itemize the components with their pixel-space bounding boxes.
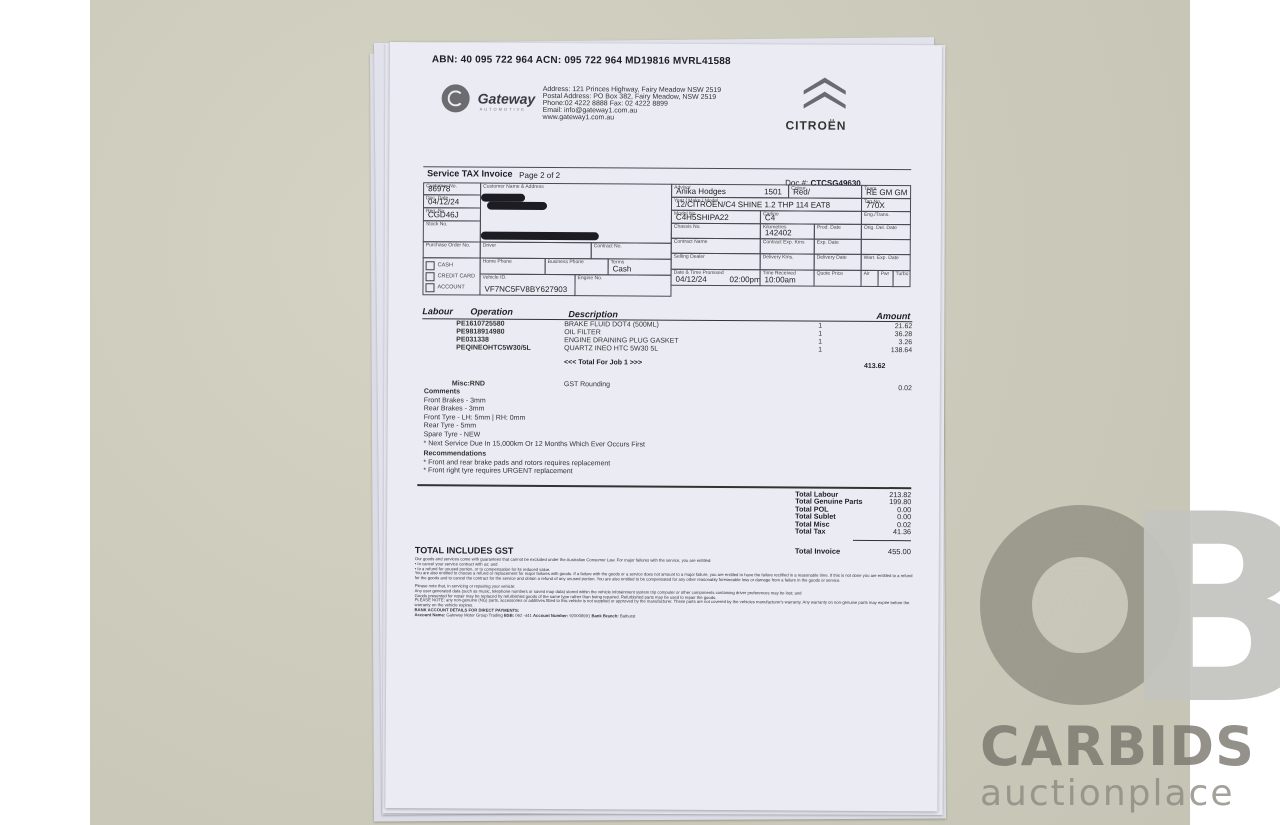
dealer-name: Gateway <box>478 91 536 107</box>
gateway-logo-icon <box>442 84 470 112</box>
labour-heading: Labour <box>422 306 453 316</box>
job-total-value: 413.62 <box>864 363 885 371</box>
invoice-header-box: Service TAX Invoice Page 2 of 2 Doc #: C… <box>422 166 911 303</box>
description-heading: Description <box>568 309 618 319</box>
watermark-brand: CARBIDS <box>980 715 1255 778</box>
vehicle-id-cell: Vehicle ID.VF7NC5FV8BY627903 <box>479 274 575 297</box>
watermark-b-letter: B <box>1120 511 1280 711</box>
dealer-address: Address: 121 Princes Highway, Fairy Mead… <box>543 86 722 122</box>
customer-name-address-cell: Customer Name & Address <box>480 183 672 244</box>
redaction-bar <box>487 202 547 210</box>
cash-checkbox[interactable] <box>426 261 435 270</box>
totals-divider <box>417 484 911 489</box>
credit-card-checkbox[interactable] <box>426 272 435 281</box>
quote-price-cell: Quote Price <box>814 270 862 287</box>
delivery-kms-cell: Delivery Kms. <box>760 253 815 270</box>
citroen-chevron-logo-icon <box>800 75 850 111</box>
brand-name: CITROËN <box>785 118 846 132</box>
totals-labels: Total Labour Total Genuine Parts Total P… <box>795 490 863 535</box>
exp-date-cell: Exp. Date <box>814 239 862 255</box>
amount-heading: Amount <box>876 311 910 321</box>
totals-values: 213.82 199.80 0.00 0.00 0.02 41.36 <box>857 491 911 536</box>
invoice-title: Service TAX Invoice <box>427 168 512 179</box>
redaction-bar <box>481 232 599 241</box>
engine-no-cell: Engine No. <box>574 274 671 297</box>
abn-line: ABN: 40 095 722 964 ACN: 095 722 964 MD1… <box>432 54 731 67</box>
redaction-bar <box>481 194 525 202</box>
blank-cell <box>861 239 911 255</box>
total-invoice-label: Total Invoice <box>795 546 840 555</box>
contract-no-cell: Contract No. <box>591 242 672 259</box>
purchase-order-cell: Purchase Order No. <box>423 241 481 258</box>
selling-dealer-cell: Selling Dealer <box>671 253 761 271</box>
total-invoice-value: 455.00 <box>857 547 911 556</box>
prod-date-cell: Prod. Date <box>814 224 862 240</box>
service-invoice-page: ABN: 40 095 722 964 ACN: 095 722 964 MD1… <box>385 42 942 811</box>
stock-no-cell: Stock No. <box>423 220 481 242</box>
misc-description: GST Rounding <box>564 381 610 389</box>
consumer-law-fine-print: Our goods and services come with guarant… <box>414 557 914 621</box>
warr-exp-date-cell: Warr. Exp. Date <box>861 254 911 271</box>
air-cell: Air <box>861 270 879 287</box>
home-phone-cell: Home Phone <box>480 258 546 275</box>
carbids-watermark: B CARBIDS auctionplace <box>980 505 1260 825</box>
turbo-cell: Turbo <box>893 270 911 287</box>
kilometres-cell: Kilometres142402 <box>760 223 815 239</box>
misc-operation: Misc:RND <box>452 380 485 388</box>
contract-name-cell: Contract Name <box>671 238 761 255</box>
dealer-subtitle: AUTOMOTIVE <box>480 107 526 112</box>
watermark-sub: auctionplace <box>980 773 1234 814</box>
delivery-date-cell: Delivery Date <box>814 254 862 271</box>
job-total-label: <<< Total For Job 1 >>> <box>564 359 642 367</box>
orig-del-date-cell: Orig. Del. Date <box>861 224 911 240</box>
pwr-cell: Pwr <box>878 270 894 287</box>
invoice-total-divider <box>853 540 911 541</box>
chassis-no-cell: Chassis No. <box>671 223 761 240</box>
operation-heading: Operation <box>470 306 513 316</box>
comments-section: Comments Front Brakes - 3mm Rear Brakes … <box>423 388 645 477</box>
contract-exp-kms-cell: Contract Exp. Kms <box>760 238 815 254</box>
gst-heading: TOTAL INCLUDES GST <box>415 545 514 556</box>
business-phone-cell: Business Phone <box>545 258 609 275</box>
date-time-promised-cell: Date & Time Promised04/12/2402:00pm <box>671 269 761 287</box>
account-checkbox[interactable] <box>425 283 434 292</box>
driver-cell: Driver <box>480 242 592 260</box>
terms-cell: TermsCash <box>608 258 672 275</box>
misc-amount: 0.02 <box>868 385 912 393</box>
page-number: Page 2 of 2 <box>519 171 560 180</box>
payment-options: CASH CREDIT CARD ACCOUNT <box>422 257 480 295</box>
time-received-cell: Time Received10:00am <box>760 269 815 286</box>
